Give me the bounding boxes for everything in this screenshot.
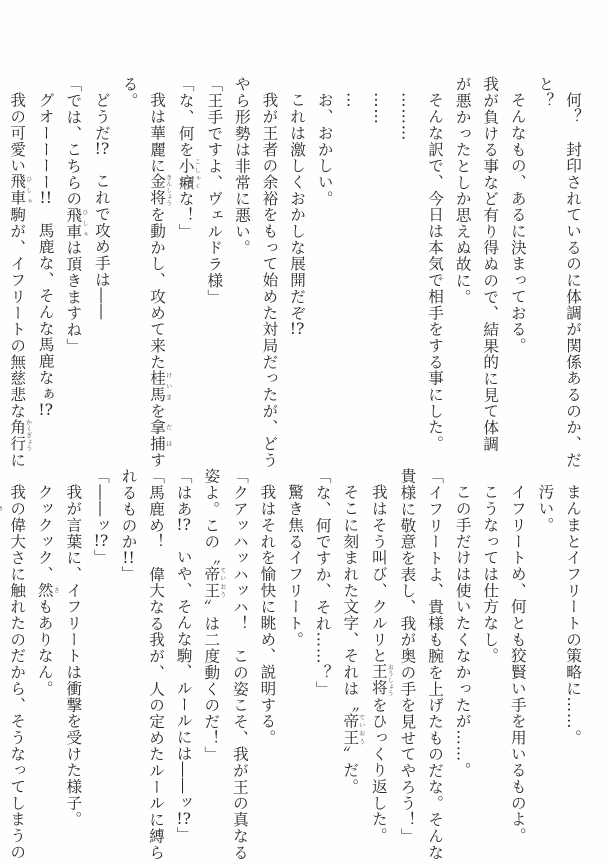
text-line: 我が言葉に、イフリートは衝撃を受けた様子。	[59, 468, 87, 832]
text-line: やら形勢は非常に悪い。	[227, 76, 255, 440]
text-line: クックック、然さもありなん。	[30, 468, 59, 832]
dialogue-line: 「な、何ですか、それ……？」	[308, 468, 336, 832]
text-line: この手だけは使いたくなかったが……。	[448, 468, 476, 832]
dialogue-line: 「では、こちらの飛車ひしゃは頂きますね」	[59, 76, 88, 440]
text-line: どうだ!? これで攻め手は――	[87, 76, 115, 440]
text-line: 我の可愛い飛車ひしゃ駒が、イフリートの無慈悲な角行かくぎょうに	[3, 76, 32, 440]
text-line: 汚い。	[531, 468, 559, 832]
book-page: 何？ 封印されているのに体調が関係あるのか、だ と？ そんなもの、あるに決まって…	[0, 0, 608, 864]
text-line: そんなもの、あるに決まっておる。	[503, 76, 531, 440]
dialogue-line: 「クアッハッハッハ！ この姿こそ、我が王の真なる	[225, 468, 253, 832]
text-line: そんな訳で、今日は本気で相手をする事にした。	[420, 76, 448, 440]
dialogue-line: 「――ッ!?」	[86, 468, 114, 832]
dialogue-line: 姿よ。この〝帝王ていおう〟は二度動くのだ！」	[197, 468, 226, 832]
text-line: 我が王者の余裕をもって始めた対局だったが、どう	[255, 76, 283, 440]
dialogue-line: 「王手ですよ、ヴェルドラ様」	[200, 76, 228, 440]
text-line: 驚き焦るイフリート。	[280, 468, 308, 832]
text-line: まんまとイフリートの策略に……。	[558, 468, 586, 832]
text-block-bottom: まんまとイフリートの策略に……。 汚い。 イフリートめ、何とも狡賢い手を用いるも…	[30, 468, 586, 832]
dialogue-line: 貴様に敬意を表し、我が奥の手を見せてやろう！」	[393, 468, 421, 832]
dialogue-line: 「な、何を小癪こしゃくな！」	[171, 76, 200, 440]
text-line: 何？ 封印されているのに体調が関係あるのか、だ	[558, 76, 586, 440]
text-line: 我はそう叫び、クルリと王将おうしょうをひっくり返した。	[364, 468, 393, 832]
text-line: ……	[365, 76, 393, 440]
text-line: 我は華麗に金将きんしょうを動かし、攻めて来た桂馬けいまを拿捕だほす	[143, 76, 172, 440]
dialogue-line: 「馬鹿め！ 偉大なる我が、人の定めたルールに縛ら	[142, 468, 170, 832]
text-line: こうなっては仕方なし。	[476, 468, 504, 832]
text-line: そこに刻まれた文字、それは〝帝王ていおう〟だ。	[336, 468, 365, 832]
text-line: 我はそれを愉快に眺め、説明する。	[253, 468, 281, 832]
text-line: と？	[531, 76, 559, 440]
text-line: これは激しくおかしな展開だぞ!?	[282, 76, 310, 440]
text-line: グオーーーー!! 馬鹿な、そんな馬鹿なぁ!?	[31, 76, 59, 440]
text-line: お、おかしい。	[310, 76, 338, 440]
text-line: る。	[115, 76, 143, 440]
text-line: イフリートめ、何とも狡賢い手を用いるものよ。	[503, 468, 531, 832]
text-line: …	[338, 76, 366, 440]
dialogue-line: 「イフリートよ、貴様も腕を上げたものだな。そんな	[420, 468, 448, 832]
text-line: 我の偉大さに触れたのだから、そうなってしまうの	[3, 468, 31, 832]
text-line: が悪かったとしか思えぬ故に。	[448, 76, 476, 440]
dialogue-line: れるものか!!」	[114, 468, 142, 832]
text-line: ………	[393, 76, 421, 440]
text-line: 我が負ける事など有り得ぬので、結果的に見て体調	[476, 76, 504, 440]
text-block-top: 何？ 封印されているのに体調が関係あるのか、だ と？ そんなもの、あるに決まって…	[30, 76, 586, 440]
dialogue-line: 「はあ!? いや、そんな駒、ルールには――ッ!?」	[169, 468, 197, 832]
